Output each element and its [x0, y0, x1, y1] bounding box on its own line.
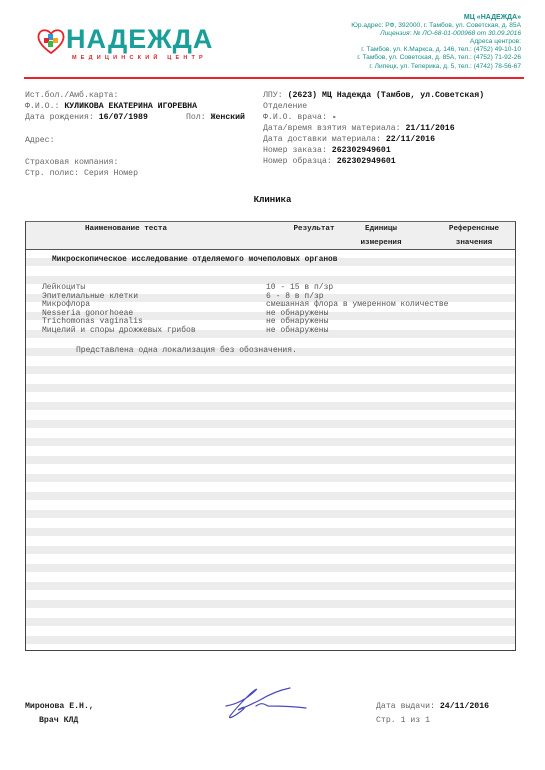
patient-sex: Женский [211, 113, 245, 122]
logo-subtitle: МЕДИЦИНСКИЙ ЦЕНТР [72, 55, 207, 61]
taken-date-field: Дата/время взятия материала: 21/11/2016 [263, 123, 455, 135]
delivered-date-field: Дата доставки материала: 22/11/2016 [263, 134, 435, 146]
patient-name: КУЛИКОВА ЕКАТЕРИНА ИГОРЕВНА [64, 102, 197, 111]
issue-date: 24/11/2016 [440, 702, 489, 711]
header-test-name: Наименование теста [46, 222, 206, 236]
patient-dob-field: Дата рождения: 16/07/1989 [25, 112, 148, 124]
header-result: Результат [284, 222, 344, 236]
heart-cross-icon [36, 26, 66, 56]
order-number-field: Номер заказа: 262302949601 [263, 145, 391, 157]
insurance-field: Страховая компания: [25, 157, 118, 169]
table-header: Наименование теста Результат Единицы изм… [26, 222, 515, 250]
org-center: г. Липецк, ул. Теперика, д. 5, тел.: (47… [351, 63, 521, 71]
doctor-field: Ф.И.О. врача: - [263, 112, 337, 124]
delivered-date: 22/11/2016 [386, 135, 435, 144]
sample-number-field: Номер образца: 262302949601 [263, 156, 396, 168]
signature-icon [218, 684, 314, 724]
sample-number: 262302949601 [337, 157, 396, 166]
order-number: 262302949601 [332, 146, 391, 155]
patient-name-field: Ф.И.О.: КУЛИКОВА ЕКАТЕРИНА ИГОРЕВНА [25, 101, 197, 113]
patient-sex-field: Пол: Женский [186, 112, 245, 124]
patient-dob: 16/07/1989 [99, 113, 148, 122]
doctor-role: Врач КЛД [25, 714, 94, 728]
table-rows: Лейкоциты10 - 15 в п/зр Эпителиальные кл… [42, 284, 512, 336]
results-table: Наименование теста Результат Единицы изм… [25, 221, 516, 651]
policy-field: Стр. полис: Серия Номер [25, 168, 138, 180]
issue-date-field: Дата выдачи: 24/11/2016 [376, 700, 489, 714]
table-note: Представлена одна локализация без обозна… [76, 346, 297, 355]
org-legal-address: Юр.адрес: РФ, 392000, г. Тамбов, ул. Сов… [351, 22, 521, 30]
table-row: Мицелий и споры дрожжевых грибовне обнар… [42, 327, 512, 336]
org-center: г. Тамбов, ул. Советская, д. 85А, тел.: … [351, 54, 521, 62]
org-license: Лицензия: № ЛО-68-01-000968 от 30.09.201… [351, 30, 521, 38]
table-section-title: Микроскопическое исследование отделяемог… [52, 256, 337, 264]
doctor-name: Миронова Е.Н., [25, 700, 94, 714]
header-units: Единицы измерения [346, 222, 416, 250]
lpu-value: (2623) МЦ Надежда (Тамбов, ул.Советская) [288, 91, 485, 100]
doctor-value: - [332, 113, 337, 122]
logo: НАДЕЖДА МЕДИЦИНСКИЙ ЦЕНТР [36, 22, 226, 62]
doctor-signature-block: Миронова Е.Н., Врач КЛД [25, 700, 94, 728]
page-number: Стр. 1 из 1 [376, 714, 489, 728]
taken-date: 21/11/2016 [406, 124, 455, 133]
department-field: Отделение [263, 101, 307, 113]
header-divider [24, 77, 524, 79]
org-name: МЦ «НАДЕЖДА» [351, 14, 521, 22]
org-info: МЦ «НАДЕЖДА» Юр.адрес: РФ, 392000, г. Та… [351, 14, 521, 71]
lpu-field: ЛПУ: (2623) МЦ Надежда (Тамбов, ул.Совет… [263, 90, 484, 102]
header-reference: Референсные значения [434, 222, 514, 250]
patient-card-field: Ист.бол./Амб.карта: [25, 90, 118, 102]
section-title: Клиника [0, 195, 545, 205]
issue-info: Дата выдачи: 24/11/2016 Стр. 1 из 1 [376, 700, 489, 728]
logo-wordmark: НАДЕЖДА [66, 24, 213, 55]
patient-address-field: Адрес: [25, 135, 54, 147]
